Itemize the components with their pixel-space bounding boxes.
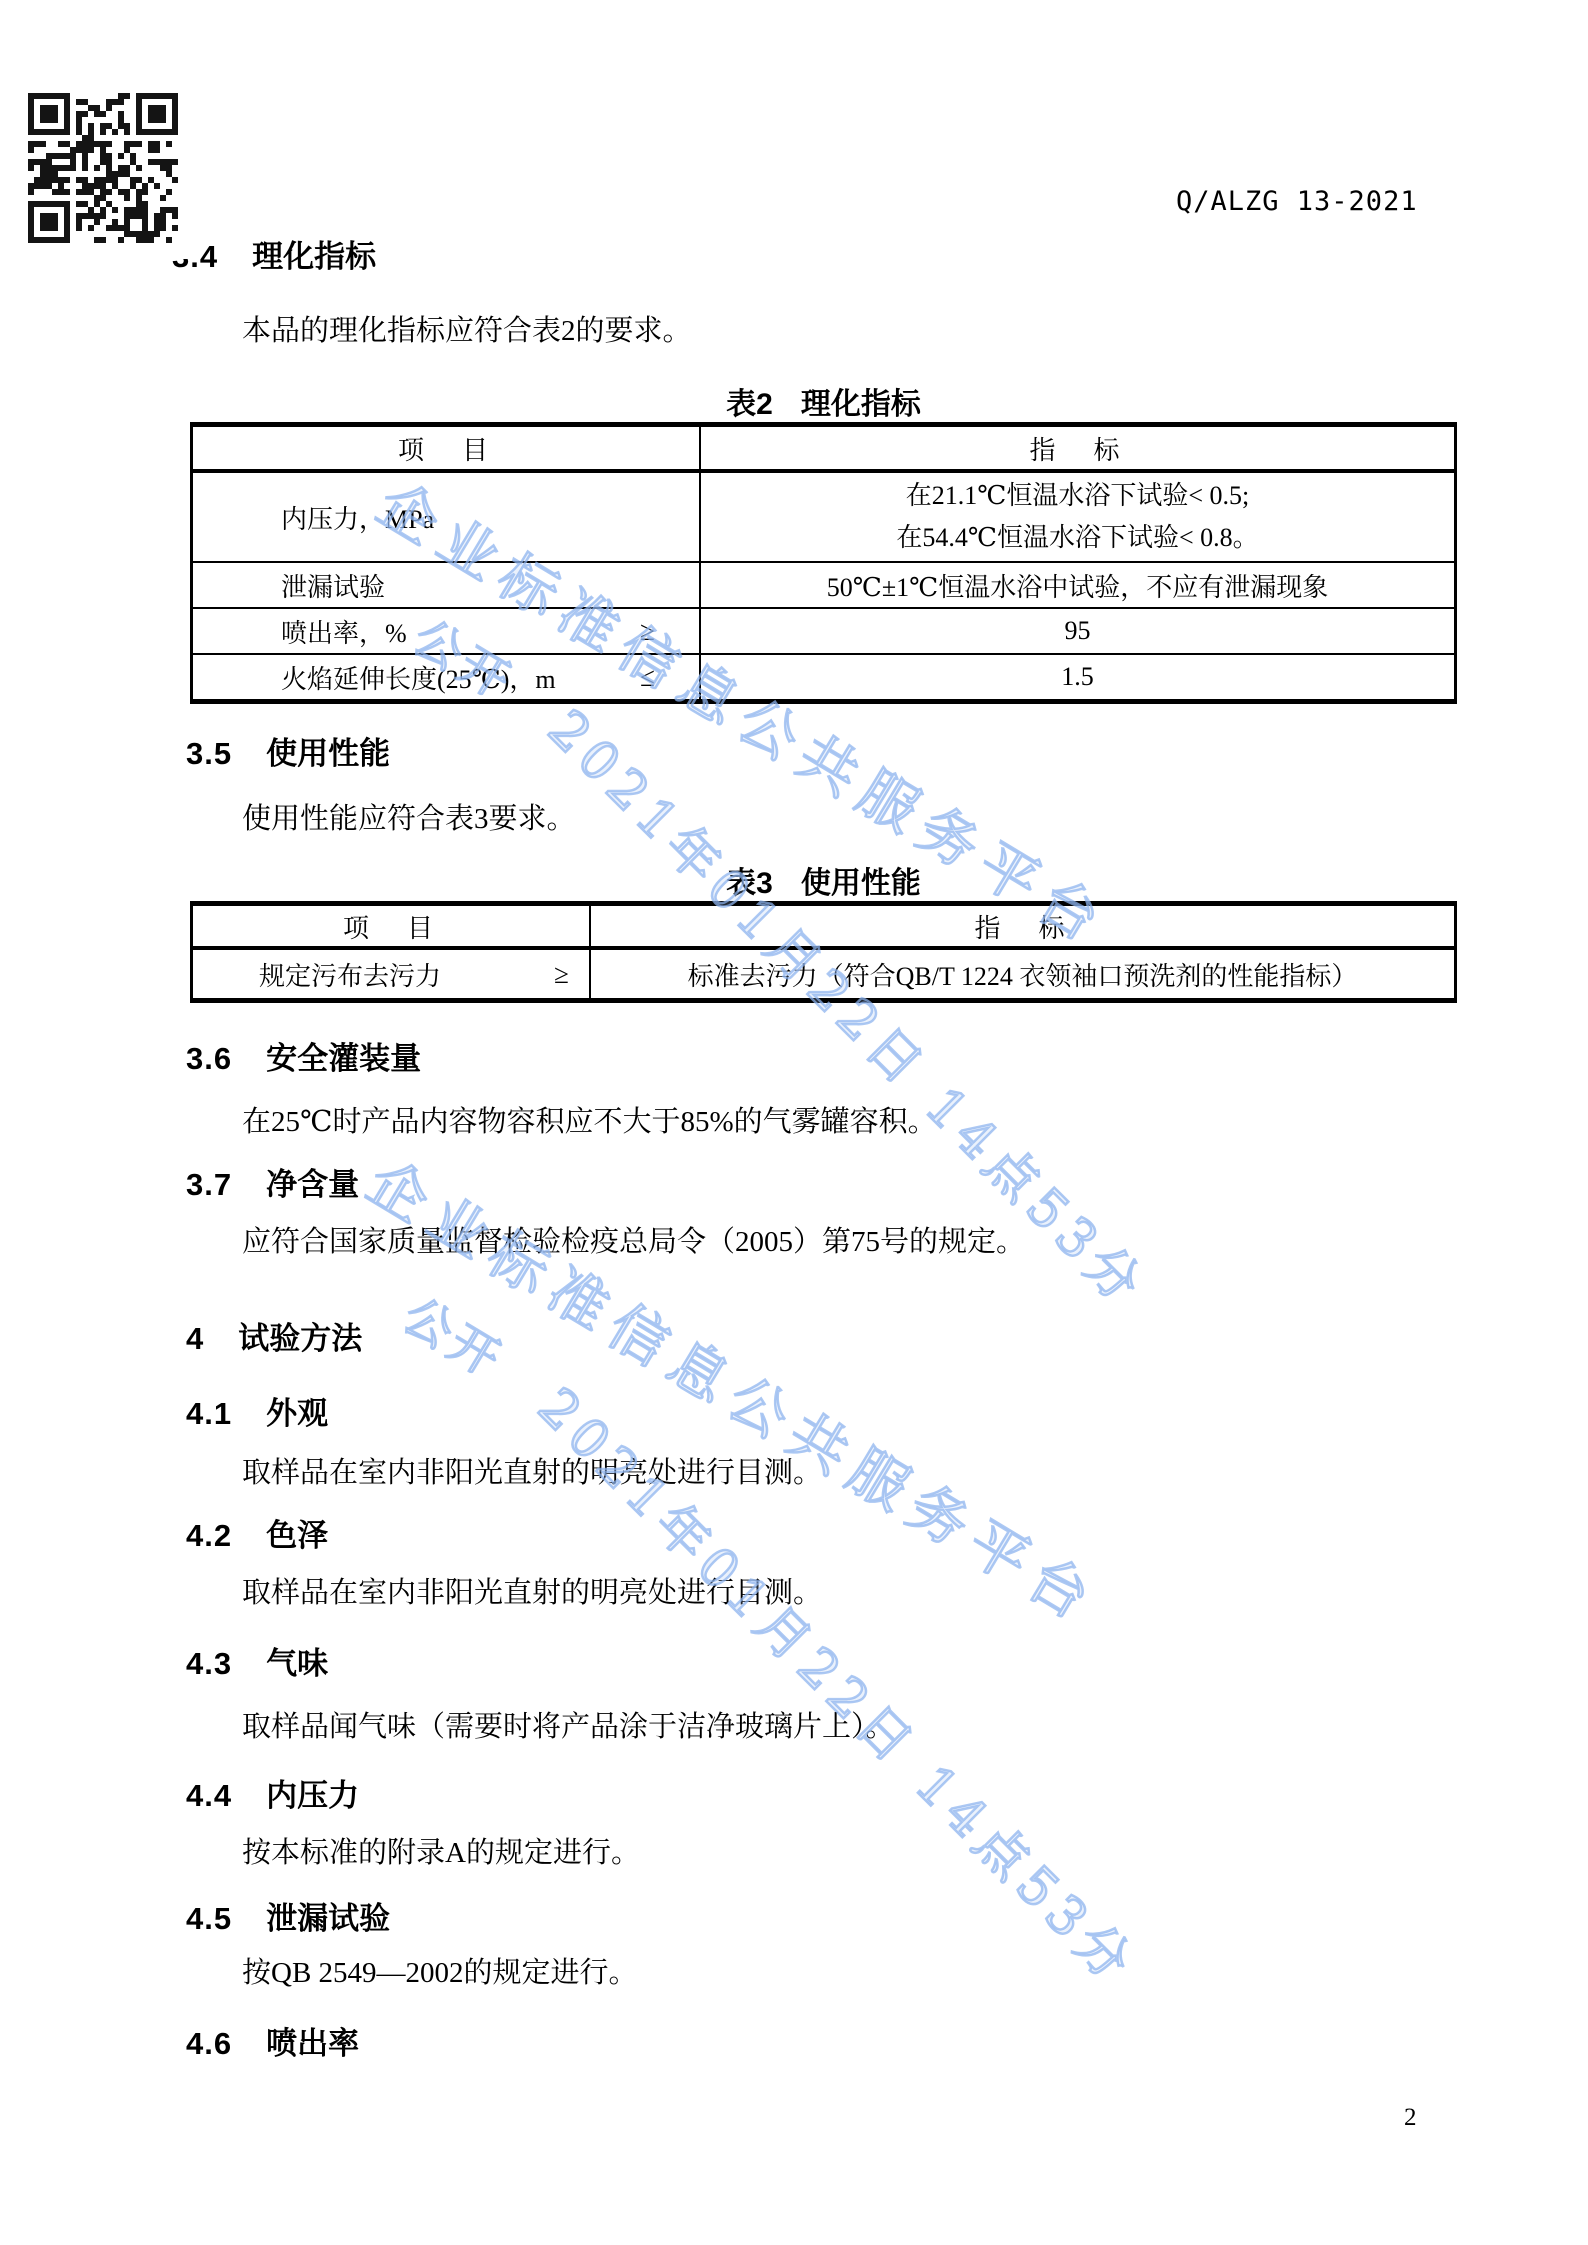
paragraph-3-6: 在25℃时产品内容物容积应不大于85%的气雾罐容积。 <box>242 1099 937 1140</box>
col-header-item: 项 目 <box>193 906 591 946</box>
cell-item-label: 规定污布去污力 <box>259 956 441 993</box>
heading-number: 4.4 <box>186 1778 232 1814</box>
col-header-index-label: 指 标 <box>1029 430 1125 467</box>
paragraph-3-5: 使用性能应符合表3要求。 <box>242 796 576 837</box>
watermark-public-text: 公开 <box>392 1278 518 1392</box>
cell-item-label: 火焰延伸长度(25℃)，m <box>281 659 556 696</box>
cell-index-line1: 在21.1℃恒温水浴下试验< 0.5; <box>906 475 1249 517</box>
heading-4-2: 4.2色泽 <box>186 1510 328 1555</box>
heading-title: 安全灌装量 <box>266 1041 421 1076</box>
heading-number: 4.6 <box>186 2026 232 2062</box>
table2-caption-title: 理化指标 <box>801 388 921 421</box>
heading-3-7: 3.7净含量 <box>186 1159 359 1204</box>
table3-caption-title: 使用性能 <box>801 867 921 900</box>
heading-number: 3.6 <box>186 1041 232 1077</box>
cell-item-label: 泄漏试验 <box>281 567 385 604</box>
heading-title: 试验方法 <box>238 1321 362 1356</box>
heading-number: 4.1 <box>186 1396 232 1432</box>
watermark-platform-text: 企业标准信息公共服务平台 <box>355 1136 1118 1641</box>
gte-symbol: ≥ <box>640 616 655 647</box>
cell-item: 内压力，MPa <box>193 473 701 561</box>
page-number: 2 <box>1404 2104 1417 2132</box>
document-page: 企业标准信息公共服务平台 公开 2021年01月22日 14点53分 企业标准信… <box>0 0 1588 2245</box>
cell-index: 在21.1℃恒温水浴下试验< 0.5; 在54.4℃恒温水浴下试验< 0.8。 <box>701 473 1454 561</box>
table2-caption: 表2理化指标 <box>190 379 1457 423</box>
table3-caption-number: 表3 <box>726 867 773 900</box>
cell-index: 标准去污力（符合QB/T 1224 衣领袖口预洗剂的性能指标） <box>591 950 1454 998</box>
cell-index-value: 标准去污力（符合QB/T 1224 衣领袖口预洗剂的性能指标） <box>688 956 1358 993</box>
paragraph-4-3: 取样品闻气味（需要时将产品涂于洁净玻璃片上）。 <box>242 1704 895 1745</box>
table2-caption-number: 表2 <box>726 388 773 421</box>
cell-index-value: 95 <box>1065 616 1091 646</box>
heading-title: 泄漏试验 <box>266 1901 390 1936</box>
table-physicochemical: 项 目 指 标 内压力，MPa 在21.1℃恒温水浴下试验< 0.5; 在54.… <box>190 422 1457 704</box>
heading-3-4: 3.4理化指标 <box>172 231 376 276</box>
qr-code-icon <box>22 87 194 259</box>
table-row: 火焰延伸长度(25℃)，m ≤ 1.5 <box>193 653 1454 699</box>
paragraph-4-2: 取样品在室内非阳光直射的明亮处进行目测。 <box>242 1570 822 1611</box>
lte-symbol: ≤ <box>640 662 655 693</box>
table3-caption: 表3使用性能 <box>190 858 1457 902</box>
heading-number: 3.5 <box>186 736 232 772</box>
table-row: 喷出率，% ≥ 95 <box>193 607 1454 653</box>
heading-4: 4试验方法 <box>186 1313 362 1358</box>
table-row: 泄漏试验 50℃±1℃恒温水浴中试验，不应有泄漏现象 <box>193 561 1454 607</box>
heading-number: 3.7 <box>186 1167 232 1203</box>
cell-item: 泄漏试验 <box>193 563 701 607</box>
heading-number: 4.2 <box>186 1518 232 1554</box>
cell-index: 1.5 <box>701 655 1454 699</box>
col-header-index: 指 标 <box>591 906 1454 946</box>
standard-code: Q/ALZG 13-2021 <box>1176 186 1418 217</box>
heading-number: 4.3 <box>186 1646 232 1682</box>
cell-index-line2: 在54.4℃恒温水浴下试验< 0.8。 <box>896 517 1258 559</box>
heading-number: 4.5 <box>186 1901 232 1937</box>
paragraph-3-4: 本品的理化指标应符合表2的要求。 <box>242 308 692 349</box>
cell-index-value: 1.5 <box>1061 662 1094 692</box>
cell-index: 95 <box>701 609 1454 653</box>
col-header-item: 项 目 <box>193 427 701 469</box>
heading-4-5: 4.5泄漏试验 <box>186 1893 390 1938</box>
heading-4-1: 4.1外观 <box>186 1388 328 1433</box>
cell-item: 喷出率，% ≥ <box>193 609 701 653</box>
cell-item: 规定污布去污力 ≥ <box>193 950 591 998</box>
paragraph-4-1: 取样品在室内非阳光直射的明亮处进行目测。 <box>242 1450 822 1491</box>
cell-index-value: 50℃±1℃恒温水浴中试验，不应有泄漏现象 <box>827 567 1328 604</box>
col-header-item-label: 项 目 <box>398 430 494 467</box>
heading-4-6: 4.6喷出率 <box>186 2018 359 2063</box>
col-header-index: 指 标 <box>701 427 1454 469</box>
table-row-header: 项 目 指 标 <box>193 906 1454 950</box>
heading-title: 内压力 <box>266 1778 359 1813</box>
paragraph-4-4: 按本标准的附录A的规定进行。 <box>242 1830 640 1871</box>
cell-item-label: 喷出率，% <box>281 613 407 650</box>
heading-title: 净含量 <box>266 1167 359 1202</box>
table-row: 规定污布去污力 ≥ 标准去污力（符合QB/T 1224 衣领袖口预洗剂的性能指标… <box>193 950 1454 998</box>
heading-4-4: 4.4内压力 <box>186 1770 359 1815</box>
table-row-header: 项 目 指 标 <box>193 427 1454 473</box>
heading-title: 外观 <box>266 1396 328 1431</box>
heading-3-6: 3.6安全灌装量 <box>186 1033 421 1078</box>
paragraph-3-7: 应符合国家质量监督检验检疫总局令（2005）第75号的规定。 <box>242 1219 1025 1260</box>
gte-symbol: ≥ <box>554 959 569 990</box>
col-header-index-label: 指 标 <box>974 908 1070 945</box>
heading-title: 使用性能 <box>266 736 390 771</box>
col-header-item-label: 项 目 <box>343 908 439 945</box>
cell-item-label: 内压力，MPa <box>281 499 434 536</box>
heading-title: 理化指标 <box>252 239 376 274</box>
heading-title: 气味 <box>266 1646 328 1681</box>
table-row: 内压力，MPa 在21.1℃恒温水浴下试验< 0.5; 在54.4℃恒温水浴下试… <box>193 473 1454 561</box>
paragraph-4-5: 按QB 2549—2002的规定进行。 <box>242 1950 638 1991</box>
heading-4-3: 4.3气味 <box>186 1638 328 1683</box>
heading-number: 4 <box>186 1321 204 1357</box>
table-performance: 项 目 指 标 规定污布去污力 ≥ 标准去污力（符合QB/T 1224 衣领袖口… <box>190 901 1457 1003</box>
cell-item: 火焰延伸长度(25℃)，m ≤ <box>193 655 701 699</box>
heading-title: 色泽 <box>266 1518 328 1553</box>
cell-index: 50℃±1℃恒温水浴中试验，不应有泄漏现象 <box>701 563 1454 607</box>
heading-3-5: 3.5使用性能 <box>186 728 390 773</box>
heading-title: 喷出率 <box>266 2026 359 2061</box>
